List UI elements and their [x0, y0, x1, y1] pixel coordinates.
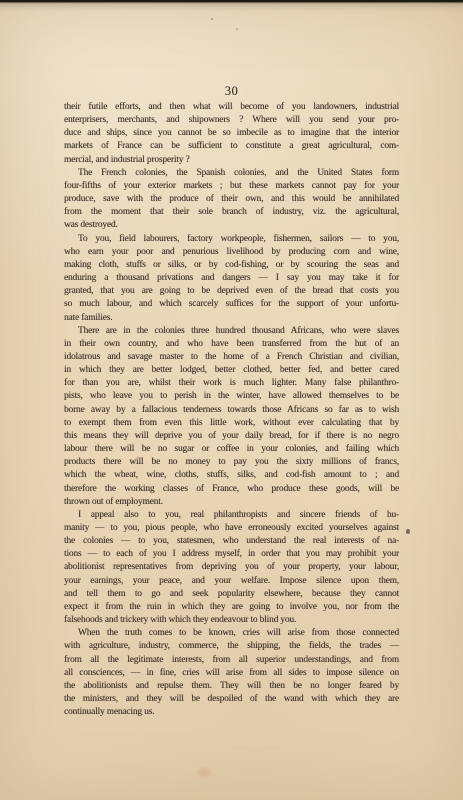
text-line: the abolitionists and repulse them. They…: [64, 680, 399, 693]
text-line: tions — to each of you I address myself,…: [64, 548, 399, 561]
text-line: and tell them to go and seek popularity …: [64, 588, 399, 601]
text-line: who earn your poor and penurious livelih…: [64, 246, 399, 259]
text-line: markets of France can be sufficient to c…: [64, 140, 399, 153]
text-line: so much labour, and which scarcely suffi…: [64, 298, 399, 311]
text-line: with agriculture, industry, commerce, th…: [64, 640, 399, 653]
scan-page: 30 their futile efforts, and then what w…: [0, 0, 463, 800]
ink-speck: [405, 529, 410, 535]
text-line: borne away by a fallacious tenderness to…: [64, 404, 399, 417]
text-line: To you, field labourers, factory workpeo…: [64, 233, 399, 246]
ink-speck: [211, 18, 213, 20]
text-block: their futile efforts, and then what will…: [64, 101, 399, 719]
text-line: for than you are, whilst their work is m…: [64, 377, 399, 390]
text-line: products there will be no money to pay y…: [64, 456, 399, 469]
text-line: the colonies — to you, statesmen, who un…: [64, 535, 399, 548]
text-line: When the truth comes to be known, cries …: [64, 627, 399, 640]
text-line: four-fifths of your exterior markets ; b…: [64, 180, 399, 193]
text-line: labour there will be no sugar or coffee …: [64, 443, 399, 456]
text-line: produce, save with the produce of their …: [64, 193, 399, 206]
text-line: manity — to you, pious people, who have …: [64, 522, 399, 535]
text-line: was destroyed.: [64, 219, 399, 232]
text-line: mercial, and industrial prosperity ?: [64, 154, 399, 167]
text-line: their futile efforts, and then what will…: [64, 101, 399, 114]
text-line: continually menacing us.: [64, 706, 399, 719]
text-line: the ministers, and they will be despoile…: [64, 693, 399, 706]
text-line: in which they are better lodged, better …: [64, 364, 399, 377]
text-line: all consciences, — in fine, cries will a…: [64, 667, 399, 680]
text-line: falsehoods and trickery with which they …: [64, 614, 399, 627]
text-line: enterprisers, merchants, and shipowners …: [64, 114, 399, 127]
text-line: duce and ships, since you cannot be so i…: [64, 127, 399, 140]
text-line: which the wheat, wine, cloths, stuffs, s…: [64, 469, 399, 482]
text-line: idolatrous and savage master to the home…: [64, 351, 399, 364]
text-line: your earnings, your peace, and your welf…: [64, 575, 399, 588]
text-line: abolitionist representatives from depriv…: [64, 561, 399, 574]
text-line: expect it from the ruin in which they ar…: [64, 601, 399, 614]
text-line: I appeal also to you, real philanthropis…: [64, 509, 399, 522]
page-number: 30: [64, 84, 399, 99]
text-line: thrown out of employment.: [64, 496, 399, 509]
text-line: nate families.: [64, 312, 399, 325]
paper-stain: [195, 765, 213, 780]
text-line: pists, who leave you to perish in the wi…: [64, 390, 399, 403]
text-line: therefore the working classes of France,…: [64, 483, 399, 496]
text-line: There are in the colonies three hundred …: [64, 325, 399, 338]
text-line: this means they will deprive you of your…: [64, 430, 399, 443]
text-line: granted, that you are going to be depriv…: [64, 285, 399, 298]
text-line: making cloth, stuffs or silks, or by cod…: [64, 259, 399, 272]
text-line: The French colonies, the Spanish colonie…: [64, 167, 399, 180]
text-line: from the moment that their sole branch o…: [64, 206, 399, 219]
page-top-edge: [0, 0, 463, 12]
ink-speck: [236, 28, 238, 30]
text-line: in their own country, and who have been …: [64, 338, 399, 351]
text-line: to exempt them from even this little wor…: [64, 417, 399, 430]
text-line: from all the legitimate interests, from …: [64, 654, 399, 667]
text-line: enduring a thousand privations and dange…: [64, 272, 399, 285]
